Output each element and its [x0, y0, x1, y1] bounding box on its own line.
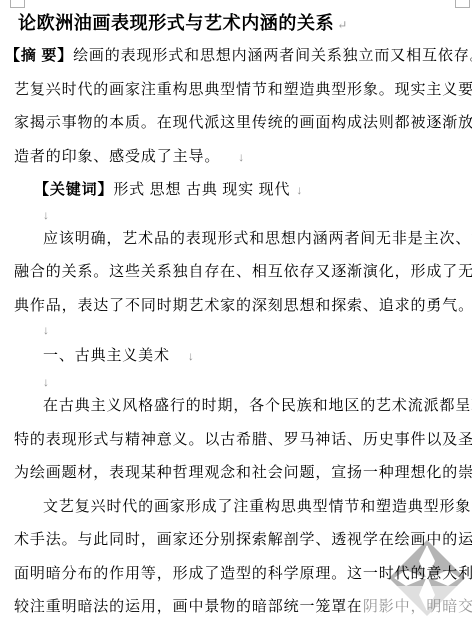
- page-title-text: 论欧洲油画表现形式与艺术内涵的关系: [18, 13, 334, 33]
- line-text: 绘画的表现形式和思想内涵两者间关系独立而又相互依存。文: [73, 48, 472, 64]
- line-text: 造者的印象、感受成了主导。: [14, 149, 220, 165]
- text-line: 面明暗分布的作用等，形成了造型的科学原理。这一时代的意大利画家比: [14, 558, 458, 592]
- text-line: 文艺复兴时代的画家形成了注重构思典型情节和塑造典型形象的艺: [14, 491, 458, 525]
- paragraph-mark-icon: ↓: [43, 208, 49, 222]
- line-text: 文艺复兴时代的画家形成了注重构思典型情节和塑造典型形象的艺: [43, 499, 472, 515]
- paragraph-mark-icon: ↓: [188, 349, 194, 363]
- line-text: 家揭示事物的本质。在现代派这里传统的画面构成法则都被逐渐放弃，创: [14, 115, 472, 131]
- paragraph-mark-icon: ↓: [43, 323, 49, 337]
- text-line: 特的表现形式与精神意义。以古希腊、罗马神话、历史事件以及圣经故事: [14, 424, 458, 458]
- text-line: 在古典主义风格盛行的时期，各个民族和地区的艺术流派都呈现出独: [14, 390, 458, 424]
- line-text: 面明暗分布的作用等，形成了造型的科学原理。这一时代的意大利画家比: [14, 566, 472, 582]
- paragraph-mark-icon: ↓: [296, 183, 302, 197]
- abstract-label: 【摘 要】: [5, 48, 73, 64]
- text-line-keywords: 【关键词】形式 思想 古典 现实 现代↓: [14, 174, 458, 208]
- line-text: 较注重明暗法的运用，画中景物的暗部统一笼罩在阴影中，明暗交界线呈: [14, 599, 472, 615]
- text-line: 家揭示事物的本质。在现代派这里传统的画面构成法则都被逐渐放弃，创: [14, 107, 458, 141]
- paragraph-mark-icon: ↓: [43, 375, 49, 389]
- paragraph-mark-icon: ↓: [238, 150, 244, 164]
- empty-line: ↓: [14, 375, 458, 390]
- document-page: 论欧洲油画表现形式与艺术内涵的关系↵ 【摘 要】绘画的表现形式和思想内涵两者间关…: [0, 0, 472, 634]
- paragraph-return-icon: ↵: [337, 18, 347, 32]
- text-line: 融合的关系。这些关系独自存在、相互依存又逐渐演化，形成了无数的经: [14, 256, 458, 290]
- line-text: 为绘画题材，表现某种哲理观念和社会问题，宣扬一种理想化的崇高境界。: [14, 465, 472, 481]
- line-text: 融合的关系。这些关系独自存在、相互依存又逐渐演化，形成了无数的经: [14, 264, 472, 280]
- line-text: 特的表现形式与精神意义。以古希腊、罗马神话、历史事件以及圣经故事: [14, 432, 472, 448]
- text-line: 较注重明暗法的运用，画中景物的暗部统一笼罩在阴影中，明暗交界线呈: [14, 591, 458, 625]
- line-text: 艺复兴时代的画家注重构思典型情节和塑造典型形象。现实主义要求艺术: [14, 82, 472, 98]
- line-text: 典作品，表达了不同时期艺术家的深刻思想和探索、追求的勇气。: [14, 298, 472, 314]
- text-line: 艺复兴时代的画家注重构思典型情节和塑造典型形象。现实主义要求艺术: [14, 74, 458, 108]
- section-heading: 一、古典主义美术↓: [14, 338, 458, 375]
- text-line: 造者的印象、感受成了主导。↓: [14, 141, 458, 175]
- margin-corner-mark-right: [455, 0, 470, 8]
- line-text: 形式 思想 古典 现实 现代: [113, 182, 290, 198]
- text-line: 【摘 要】绘画的表现形式和思想内涵两者间关系独立而又相互依存。文: [14, 40, 458, 74]
- text-line: 应该明确，艺术品的表现形式和思想内涵两者间无非是主次、渗透与: [14, 223, 458, 257]
- text-line: 典作品，表达了不同时期艺术家的深刻思想和探索、追求的勇气。↓: [14, 290, 458, 324]
- margin-corner-mark-left: [10, 0, 25, 8]
- heading-text: 一、古典主义美术: [43, 348, 170, 364]
- text-line: 为绘画题材，表现某种哲理观念和社会问题，宣扬一种理想化的崇高境界。↓: [14, 457, 458, 491]
- line-text: 术手法。与此同时，画家还分别探索解剖学、透视学在绘画中的运用、画: [14, 532, 472, 548]
- empty-line: ↓: [14, 323, 458, 338]
- line-text: 在古典主义风格盛行的时期，各个民族和地区的艺术流派都呈现出独: [43, 398, 472, 414]
- page-title: 论欧洲油画表现形式与艺术内涵的关系↵: [14, 6, 458, 40]
- text-line: 术手法。与此同时，画家还分别探索解剖学、透视学在绘画中的运用、画: [14, 524, 458, 558]
- document-body: 【摘 要】绘画的表现形式和思想内涵两者间关系独立而又相互依存。文 艺复兴时代的画…: [14, 40, 458, 625]
- empty-line: ↓: [14, 208, 458, 223]
- line-text: 应该明确，艺术品的表现形式和思想内涵两者间无非是主次、渗透与: [43, 231, 472, 247]
- keywords-label: 【关键词】: [34, 182, 113, 198]
